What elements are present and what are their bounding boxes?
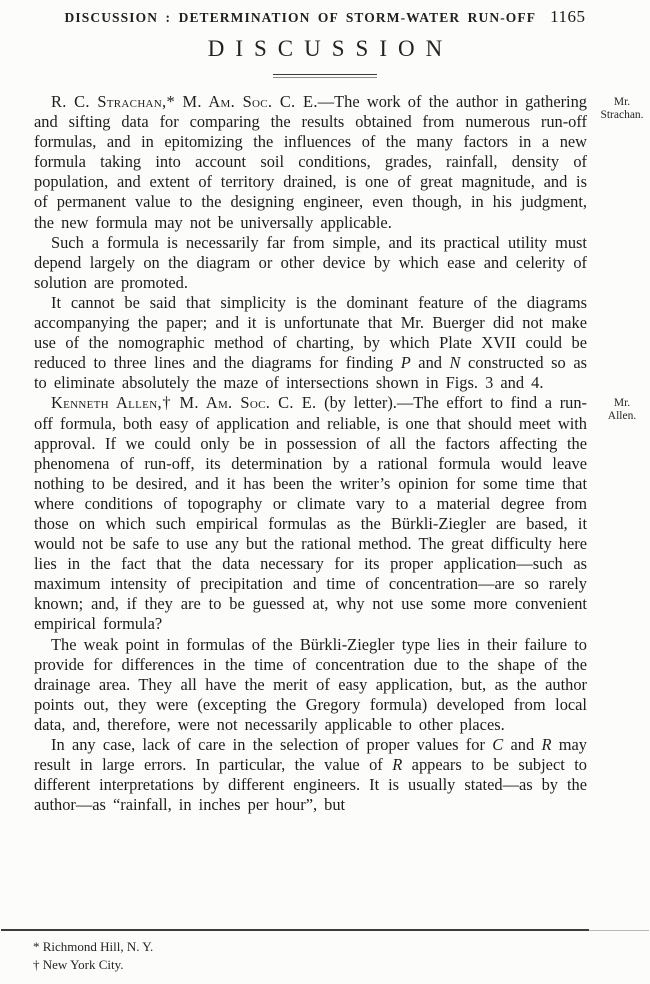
footnote-strachan: * Richmond Hill, N. Y.: [33, 938, 453, 956]
footnote-rule-faint: [589, 930, 649, 931]
running-head: DISCUSSION : DETERMINATION OF STORM-WATE…: [0, 7, 650, 27]
text-segment: C: [492, 735, 503, 754]
text-segment: R: [392, 755, 402, 774]
text-segment: Kenneth Allen,† M. Am. Soc. C. E.: [51, 393, 316, 412]
paragraph-allen-values: In any case, lack of care in the selecti…: [34, 735, 587, 815]
footnotes: * Richmond Hill, N. Y. † New York City.: [33, 938, 453, 973]
text-segment: Such a formula is necessarily far from s…: [34, 233, 587, 292]
text-segment: N: [450, 353, 461, 372]
margin-note-line: Mr.: [594, 397, 650, 410]
text-segment: In any case, lack of care in the selecti…: [51, 735, 492, 754]
text-segment: and: [411, 353, 450, 372]
paragraph-allen-opening: Mr. Allen. Kenneth Allen,† M. Am. Soc. C…: [34, 393, 587, 634]
page-number: 1165: [550, 7, 585, 27]
paragraph-strachan-simplicity: It cannot be said that simplicity is the…: [34, 293, 587, 393]
paragraph-strachan-opening: Mr. Strachan. R. C. Strachan,* M. Am. So…: [34, 92, 587, 233]
text-segment: (by letter).—The effort to find a run-of…: [34, 393, 587, 633]
section-title: DISCUSSION: [0, 36, 650, 62]
running-head-title: DISCUSSION : DETERMINATION OF STORM-WATE…: [65, 10, 537, 26]
text-segment: —The work of the author in gathering and…: [34, 92, 587, 232]
title-rule: [273, 74, 377, 78]
text-segment: R. C. Strachan,* M. Am. Soc. C. E.: [51, 92, 318, 111]
body-text: Mr. Strachan. R. C. Strachan,* M. Am. So…: [34, 92, 587, 815]
text-segment: P: [401, 353, 411, 372]
text-segment: and: [503, 735, 541, 754]
margin-note-line: Allen.: [594, 410, 650, 423]
margin-note-allen: Mr. Allen.: [594, 397, 650, 423]
margin-note-line: Strachan.: [594, 109, 650, 122]
margin-note-strachan: Mr. Strachan.: [594, 96, 650, 122]
scanned-page: DISCUSSION : DETERMINATION OF STORM-WATE…: [0, 0, 650, 984]
footnote-rule: [1, 929, 589, 931]
footnote-allen: † New York City.: [33, 956, 453, 974]
paragraph-allen-weak-point: The weak point in formulas of the Bürkli…: [34, 635, 587, 735]
text-segment: R: [541, 735, 551, 754]
paragraph-strachan-formula: Such a formula is necessarily far from s…: [34, 233, 587, 293]
margin-note-line: Mr.: [594, 96, 650, 109]
text-segment: The weak point in formulas of the Bürkli…: [34, 635, 587, 734]
